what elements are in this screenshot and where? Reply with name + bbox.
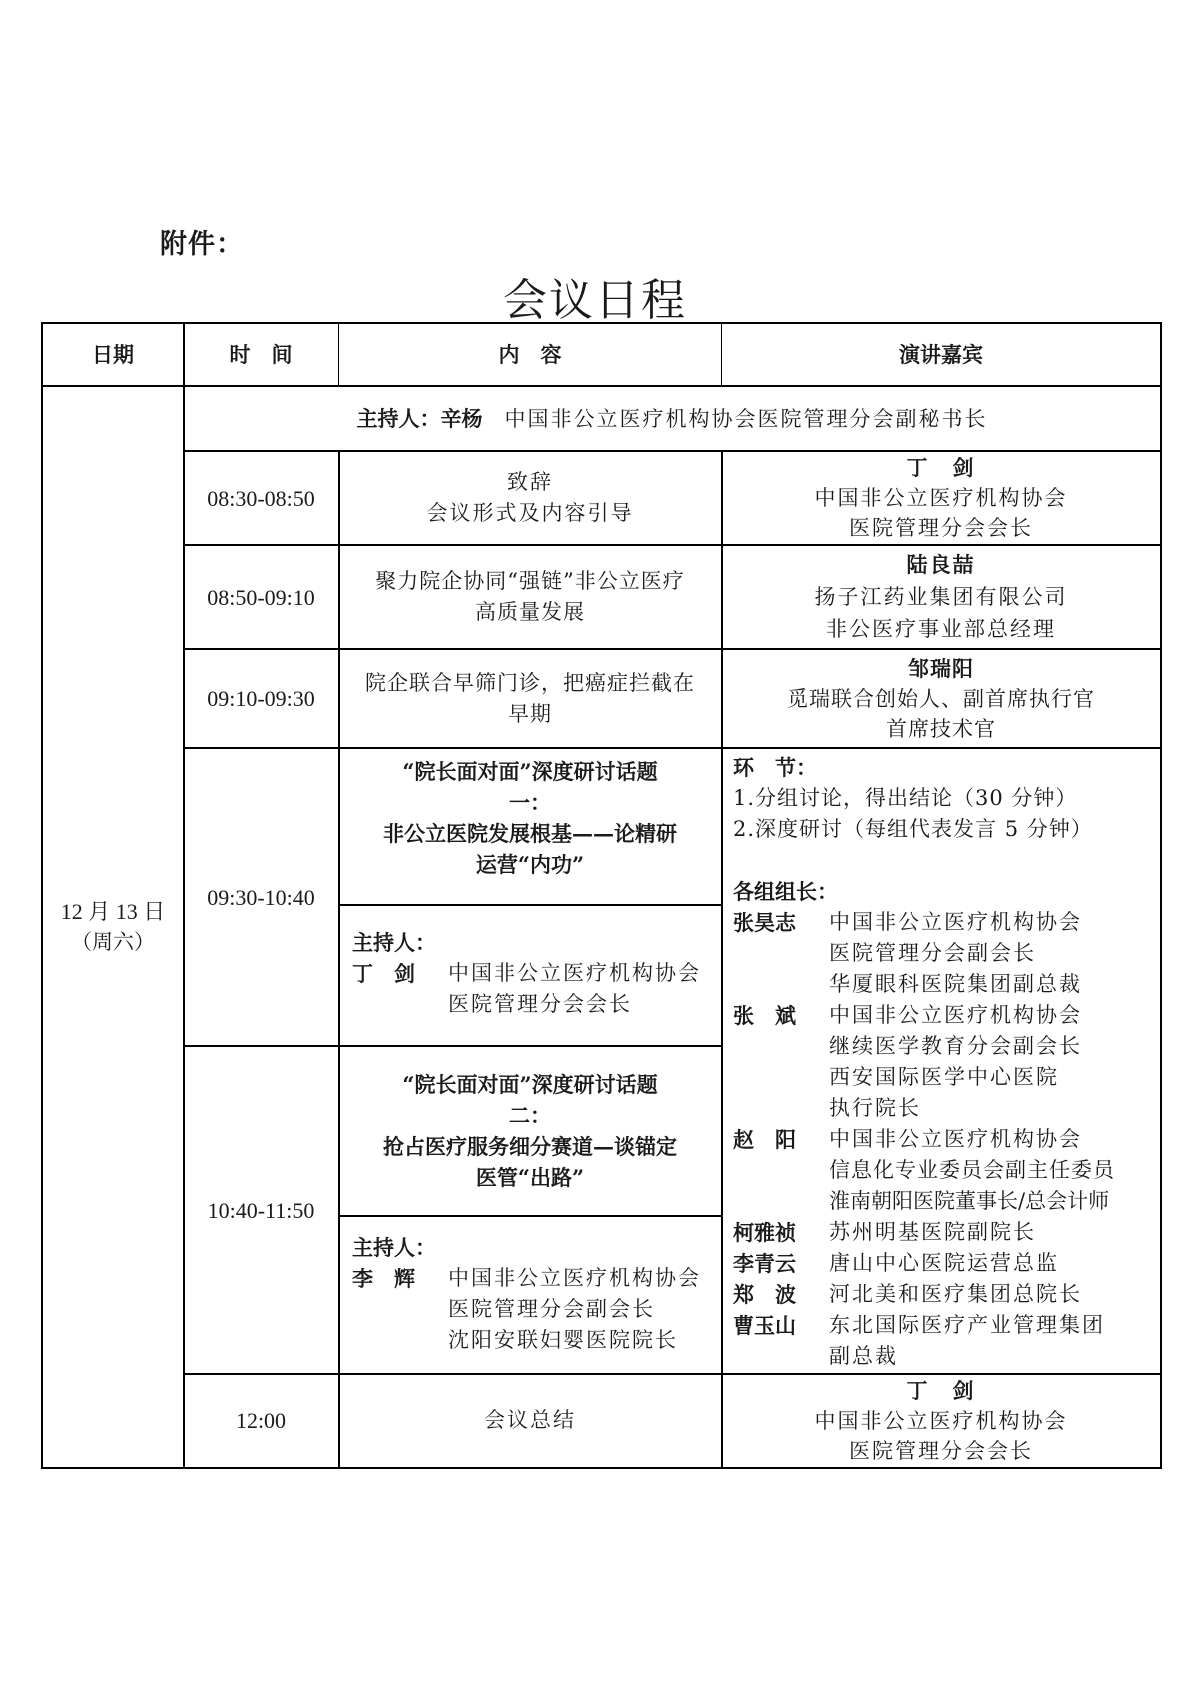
- closing-time: 12:00: [184, 1374, 338, 1467]
- topic-line: 抢占医疗服务细分赛道—谈锚定: [383, 1131, 677, 1162]
- leader-entry: 柯雅祯 苏州明基医院副院长: [733, 1217, 1036, 1248]
- header-time: 时 间: [184, 324, 338, 386]
- discussion-step: 1.分组讨论，得出结论（30 分钟）: [733, 783, 1077, 814]
- host-name: 李 辉: [352, 1263, 448, 1356]
- content-line: 院企联合早筛门诊，把癌症拦截在: [365, 668, 695, 699]
- row-2-content: 聚力院企协同“强链”非公立医疗 高质量发展: [339, 545, 721, 649]
- leader-name: 曹玉山: [733, 1310, 829, 1372]
- leader-entry: 郑 波 河北美和医疗集团总院长: [733, 1279, 1082, 1310]
- topic-line: “院长面对面”深度研讨话题: [402, 756, 657, 787]
- page-title: 会议日程: [0, 264, 1190, 328]
- speaker-name: 丁 剑: [907, 1376, 976, 1406]
- leader-desc-line: 淮南朝阳医院董事长/总会计师: [829, 1186, 1115, 1217]
- date-cell: 12 月 13 日 （周六）: [43, 387, 183, 1467]
- header-speaker: 演讲嘉宾: [722, 324, 1160, 386]
- leader-desc: 中国非公立医疗机构协会 信息化专业委员会副主任委员 淮南朝阳医院董事长/总会计师: [829, 1124, 1115, 1217]
- host-desc: 中国非公立医疗机构协会 医院管理分会副会长 沈阳安联妇婴医院院长: [448, 1263, 701, 1356]
- topic-line: “院长面对面”深度研讨话题: [402, 1069, 657, 1100]
- row-2-speaker: 陆良喆 扬子江药业集团有限公司 非公医疗事业部总经理: [722, 545, 1160, 649]
- speaker-name: 丁 剑: [907, 453, 976, 483]
- leader-name: 张 斌: [733, 1000, 829, 1124]
- closing-speaker: 丁 剑 中国非公立医疗机构协会 医院管理分会会长: [722, 1374, 1160, 1467]
- leader-entry: 张 斌 中国非公立医疗机构协会 继续医学教育分会副会长 西安国际医学中心医院 执…: [733, 1000, 1082, 1124]
- host-label: 主持人：: [352, 1232, 436, 1263]
- host-entry: 丁 剑 中国非公立医疗机构协会 医院管理分会会长: [352, 958, 701, 1020]
- row-1-speaker: 丁 剑 中国非公立医疗机构协会 医院管理分会会长: [722, 451, 1160, 545]
- leader-desc-line: 东北国际医疗产业管理集团: [829, 1310, 1105, 1341]
- speaker-title: 中国非公立医疗机构协会: [815, 483, 1068, 513]
- leader-entry: 张昊志 中国非公立医疗机构协会 医院管理分会副会长 华厦眼科医院集团副总裁: [733, 907, 1082, 1000]
- host-desc-line: 医院管理分会副会长: [448, 1294, 701, 1325]
- date-day: 12 月 13 日: [61, 896, 166, 927]
- section-label: 环 节：: [733, 752, 817, 783]
- table-border: [1160, 322, 1162, 1469]
- leader-name: 郑 波: [733, 1279, 829, 1310]
- host-desc: 中国非公立医疗机构协会医院管理分会副秘书长: [505, 404, 988, 435]
- speaker-title: 非公医疗事业部总经理: [826, 613, 1056, 645]
- row-2-time: 08:50-09:10: [184, 545, 338, 649]
- session-1-topic: “院长面对面”深度研讨话题 一： 非公立医院发展根基——论精研 运营“内功”: [339, 756, 721, 904]
- leader-desc-line: 执行院长: [829, 1093, 1082, 1124]
- leader-desc-line: 唐山中心医院运营总监: [829, 1248, 1059, 1279]
- row-1-time: 08:30-08:50: [184, 451, 338, 545]
- leader-desc-line: 继续医学教育分会副会长: [829, 1031, 1082, 1062]
- speaker-title: 扬子江药业集团有限公司: [815, 581, 1068, 613]
- host-label: 主持人：辛杨: [357, 404, 483, 435]
- table-border: [41, 1467, 1162, 1469]
- content-line: 会议形式及内容引导: [427, 498, 634, 529]
- leader-name: 张昊志: [733, 907, 829, 1000]
- leader-name: 柯雅祯: [733, 1217, 829, 1248]
- row-3-speaker: 邹瑞阳 觅瑞联合创始人、副首席执行官 首席技术官: [722, 649, 1160, 748]
- leader-entry: 曹玉山 东北国际医疗产业管理集团 副总裁: [733, 1310, 1105, 1372]
- topic-line: 一：: [509, 787, 551, 818]
- row-3-content: 院企联合早筛门诊，把癌症拦截在 早期: [339, 649, 721, 748]
- topic-line: 运营“内功”: [476, 849, 584, 880]
- topic-line: 二：: [509, 1100, 551, 1131]
- attachment-label: 附件：: [160, 222, 244, 261]
- leader-desc-line: 医院管理分会副会长: [829, 938, 1082, 969]
- header-content: 内 容: [339, 324, 721, 386]
- host-row: 主持人：辛杨 中国非公立医疗机构协会医院管理分会副秘书长: [184, 387, 1160, 451]
- discussion-step: 2.深度研讨（每组代表发言 5 分钟）: [733, 814, 1093, 845]
- leader-desc: 河北美和医疗集团总院长: [829, 1279, 1082, 1310]
- host-desc-line: 沈阳安联妇婴医院院长: [448, 1325, 701, 1356]
- leader-desc-line: 苏州明基医院副院长: [829, 1217, 1036, 1248]
- session-1-host: 主持人： 丁 剑 中国非公立医疗机构协会 医院管理分会会长: [352, 905, 720, 1046]
- leader-desc-line: 华厦眼科医院集团副总裁: [829, 969, 1082, 1000]
- leader-desc-line: 副总裁: [829, 1341, 1105, 1372]
- speaker-title: 医院管理分会会长: [849, 1436, 1033, 1466]
- leaders-label: 各组组长：: [733, 876, 838, 907]
- leader-desc: 中国非公立医疗机构协会 继续医学教育分会副会长 西安国际医学中心医院 执行院长: [829, 1000, 1082, 1124]
- leader-desc: 中国非公立医疗机构协会 医院管理分会副会长 华厦眼科医院集团副总裁: [829, 907, 1082, 1000]
- leader-desc-line: 中国非公立医疗机构协会: [829, 1000, 1082, 1031]
- session-2-time: 10:40-11:50: [184, 1046, 338, 1374]
- speaker-title: 医院管理分会会长: [849, 513, 1033, 543]
- content-line: 聚力院企协同“强链”非公立医疗: [375, 566, 684, 597]
- header-date: 日期: [43, 324, 183, 386]
- closing-content: 会议总结: [339, 1374, 721, 1467]
- date-weekday: （周六）: [71, 927, 155, 958]
- leader-desc: 东北国际医疗产业管理集团 副总裁: [829, 1310, 1105, 1372]
- host-desc-line: 医院管理分会会长: [448, 989, 701, 1020]
- topic-line: 非公立医院发展根基——论精研: [383, 818, 677, 849]
- speaker-name: 陆良喆: [907, 549, 976, 581]
- content-line: 早期: [508, 699, 552, 730]
- row-1-content: 致辞 会议形式及内容引导: [339, 451, 721, 545]
- leader-name: 李青云: [733, 1248, 829, 1279]
- host-name: 丁 剑: [352, 958, 448, 1020]
- leader-desc-line: 中国非公立医疗机构协会: [829, 1124, 1115, 1155]
- host-desc: 中国非公立医疗机构协会 医院管理分会会长: [448, 958, 701, 1020]
- session-2-host: 主持人： 李 辉 中国非公立医疗机构协会 医院管理分会副会长 沈阳安联妇婴医院院…: [352, 1216, 720, 1374]
- leader-desc-line: 西安国际医学中心医院: [829, 1062, 1082, 1093]
- speaker-name: 邹瑞阳: [908, 654, 974, 684]
- speaker-title: 中国非公立医疗机构协会: [815, 1406, 1068, 1436]
- content-line: 高质量发展: [475, 597, 585, 628]
- host-desc-line: 中国非公立医疗机构协会: [448, 1263, 701, 1294]
- leader-desc: 苏州明基医院副院长: [829, 1217, 1036, 1248]
- content-line: 致辞: [507, 467, 553, 498]
- leader-entry: 李青云 唐山中心医院运营总监: [733, 1248, 1059, 1279]
- leader-entry: 赵 阳 中国非公立医疗机构协会 信息化专业委员会副主任委员 淮南朝阳医院董事长/…: [733, 1124, 1115, 1217]
- leader-desc-line: 信息化专业委员会副主任委员: [829, 1155, 1115, 1186]
- row-3-time: 09:10-09:30: [184, 649, 338, 748]
- session-1-time: 09:30-10:40: [184, 748, 338, 1046]
- discussion-panel: 环 节： 1.分组讨论，得出结论（30 分钟） 2.深度研讨（每组代表发言 5 …: [733, 752, 1158, 1372]
- leader-desc-line: 中国非公立医疗机构协会: [829, 907, 1082, 938]
- speaker-title: 觅瑞联合创始人、副首席执行官: [787, 684, 1095, 714]
- speaker-title: 首席技术官: [886, 714, 996, 744]
- host-label: 主持人：: [352, 927, 436, 958]
- leader-desc-line: 河北美和医疗集团总院长: [829, 1279, 1082, 1310]
- leader-name: 赵 阳: [733, 1124, 829, 1217]
- session-2-topic: “院长面对面”深度研讨话题 二： 抢占医疗服务细分赛道—谈锚定 医管“出路”: [339, 1046, 721, 1216]
- host-entry: 李 辉 中国非公立医疗机构协会 医院管理分会副会长 沈阳安联妇婴医院院长: [352, 1263, 701, 1356]
- host-desc-line: 中国非公立医疗机构协会: [448, 958, 701, 989]
- topic-line: 医管“出路”: [476, 1162, 584, 1193]
- leader-desc: 唐山中心医院运营总监: [829, 1248, 1059, 1279]
